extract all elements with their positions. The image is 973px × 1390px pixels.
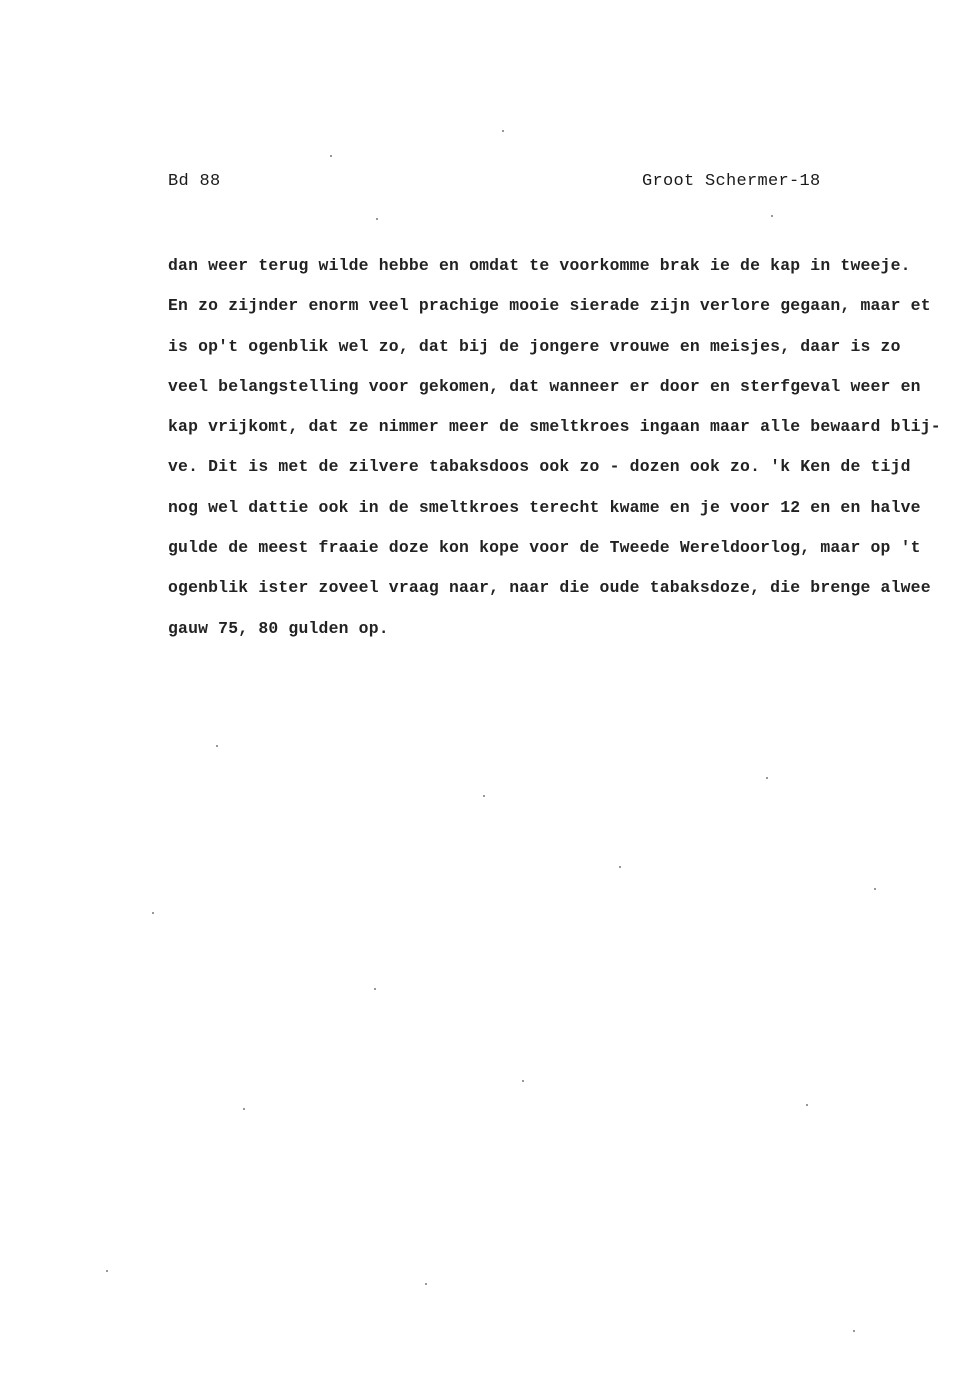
text-line: ogenblik ister zoveel vraag naar, naar d… <box>168 576 973 616</box>
location-reference: Groot Schermer-18 <box>642 172 821 191</box>
typewritten-page: Bd 88 Groot Schermer-18 dan weer terug w… <box>0 0 973 1390</box>
text-line: kap vrijkomt, dat ze nimmer meer de smel… <box>168 415 973 455</box>
scan-speck <box>374 988 376 990</box>
scan-speck <box>106 1270 108 1272</box>
text-line: En zo zijnder enorm veel prachige mooie … <box>168 294 973 334</box>
scan-speck <box>766 777 768 779</box>
scan-speck <box>425 1283 427 1285</box>
scan-speck <box>483 795 485 797</box>
text-line: dan weer terug wilde hebbe en omdat te v… <box>168 254 973 294</box>
scan-speck <box>502 130 504 132</box>
scan-speck <box>216 745 218 747</box>
scan-speck <box>874 888 876 890</box>
scan-speck <box>771 215 773 217</box>
text-line: gauw 75, 80 gulden op. <box>168 617 973 657</box>
scan-speck <box>853 1330 855 1332</box>
scan-speck <box>243 1108 245 1110</box>
scan-speck <box>806 1104 808 1106</box>
text-line: is op't ogenblik wel zo, dat bij de jong… <box>168 335 973 375</box>
scan-speck <box>522 1080 524 1082</box>
text-line: veel belangstelling voor gekomen, dat wa… <box>168 375 973 415</box>
scan-speck <box>330 155 332 157</box>
text-line: gulde de meest fraaie doze kon kope voor… <box>168 536 973 576</box>
scan-speck <box>376 218 378 220</box>
transcript-body: dan weer terug wilde hebbe en omdat te v… <box>168 254 973 657</box>
page-reference: Bd 88 <box>168 172 221 191</box>
scan-speck <box>152 912 154 914</box>
text-line: ve. Dit is met de zilvere tabaksdoos ook… <box>168 455 973 495</box>
text-line: nog wel dattie ook in de smeltkroes tere… <box>168 496 973 536</box>
scan-speck <box>619 866 621 868</box>
